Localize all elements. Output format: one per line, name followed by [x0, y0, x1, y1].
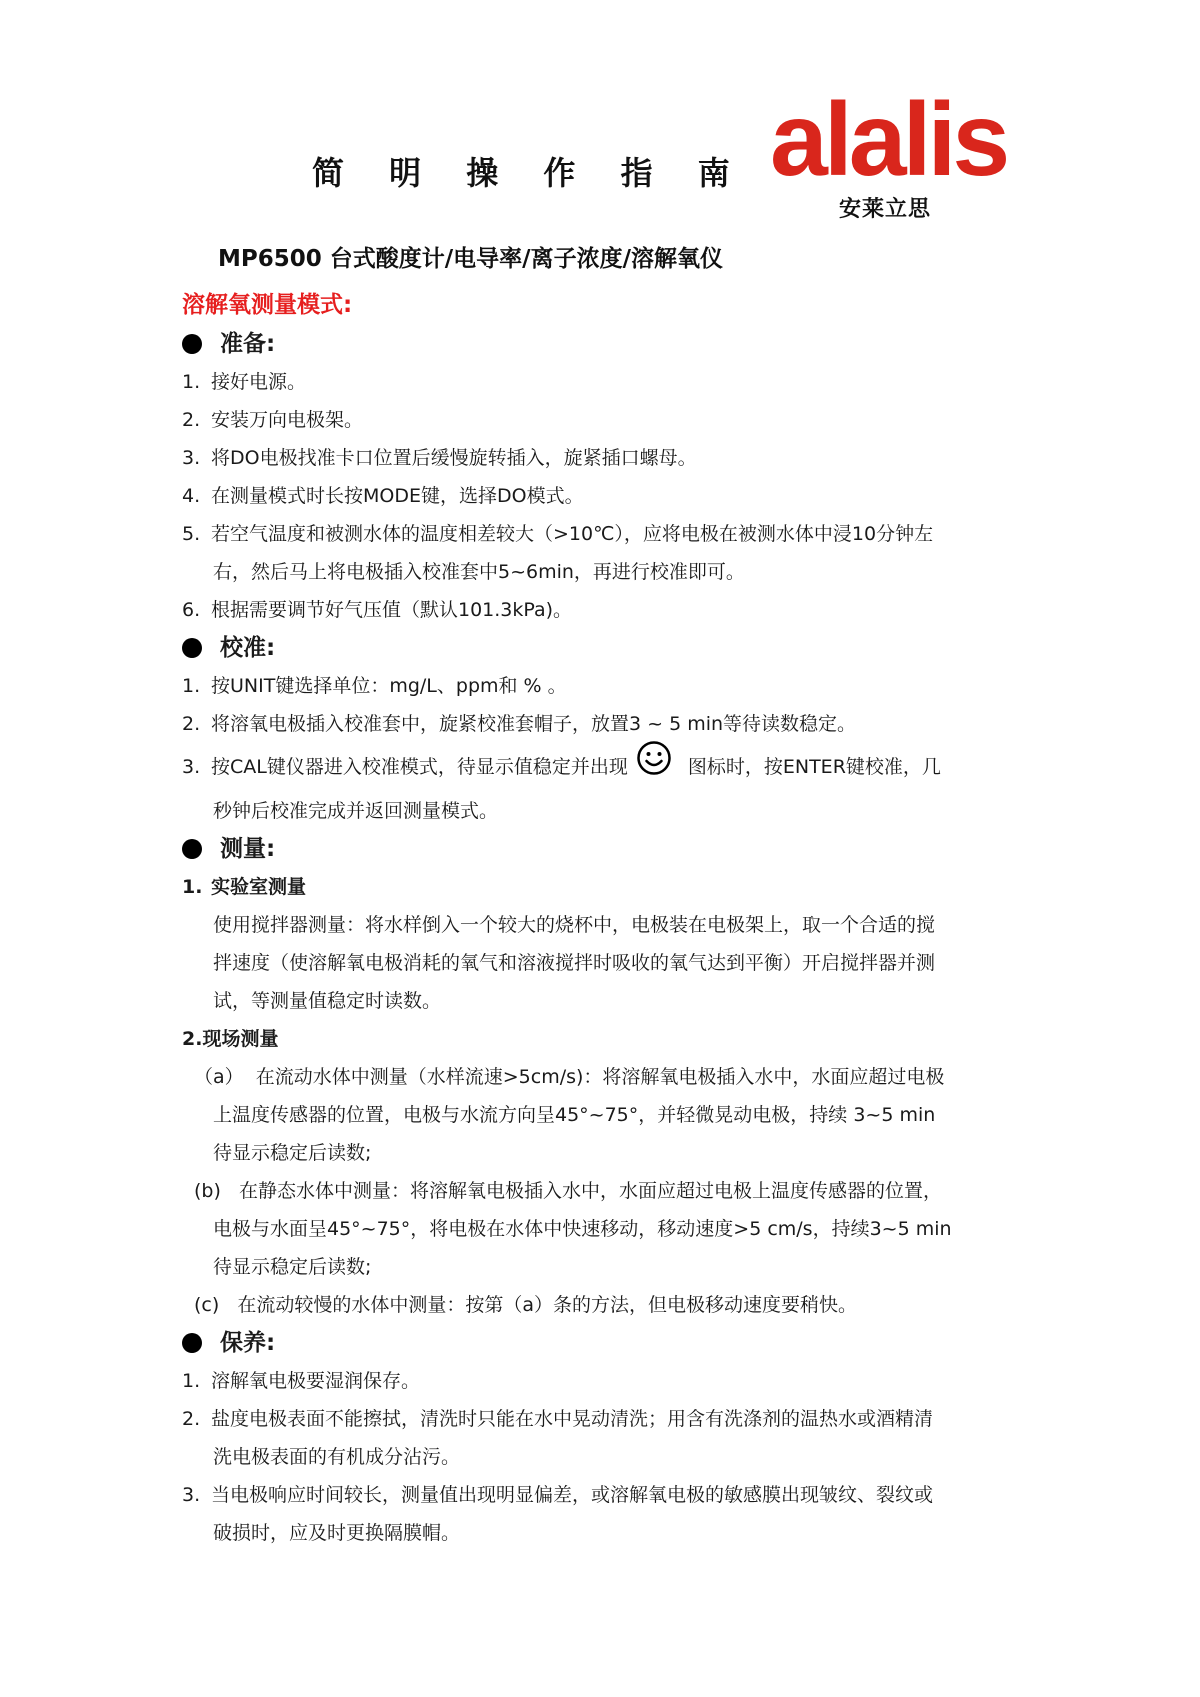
item-number: 5. [182, 515, 211, 553]
subsection-title-lab: 1.实验室测量 [182, 868, 1022, 906]
bullet-icon [182, 334, 202, 354]
list-item: (c) 在流动较慢的水体中测量：按第（a）条的方法，但电极移动速度要稍快。 [182, 1286, 1022, 1324]
paragraph-line: 使用搅拌器测量：将水样倒入一个较大的烧杯中，电极装在电极架上，取一个合适的搅 [182, 906, 1022, 944]
page-title: 简 明 操 作 指 南 [312, 148, 747, 194]
subsection-title: 实验室测量 [211, 876, 306, 898]
mode-title: 溶解氧测量模式: [182, 285, 1022, 325]
item-number: 2. [182, 705, 211, 743]
item-text: 按UNIT键选择单位：mg/L、ppm和 % 。 [211, 675, 567, 697]
section-heading-measurement: 测量: [182, 830, 1022, 868]
list-item-continuation: 待显示稳定后读数; [182, 1134, 1022, 1172]
list-item: 3.按CAL键仪器进入校准模式，待显示值稳定并出现图标时，按ENTER键校准，几 [182, 743, 1022, 792]
item-text: 当电极响应时间较长，测量值出现明显偏差，或溶解氧电极的敏感膜出现皱纹、裂纹或 [211, 1484, 933, 1506]
list-item: 3.当电极响应时间较长，测量值出现明显偏差，或溶解氧电极的敏感膜出现皱纹、裂纹或 [182, 1476, 1022, 1514]
paragraph-line: 试，等测量值稳定时读数。 [182, 982, 1022, 1020]
item-text: 按CAL键仪器进入校准模式，待显示值稳定并出现 [211, 756, 628, 778]
list-item-continuation: 上温度传感器的位置，电极与水流方向呈45°~75°，并轻微晃动电极，持续 3~5… [182, 1096, 1022, 1134]
item-text: 在测量模式时长按MODE键，选择DO模式。 [211, 485, 584, 507]
section-heading-label: 校准: [220, 629, 275, 667]
bullet-icon [182, 1333, 202, 1353]
item-text: 将溶氧电极插入校准套中，旋紧校准套帽子，放置3 ~ 5 min等待读数稳定。 [211, 713, 856, 735]
section-heading-label: 准备: [220, 325, 275, 363]
bullet-icon [182, 638, 202, 658]
list-item-continuation: 洗电极表面的有机成分沾污。 [182, 1438, 1022, 1476]
item-text: 安装万向电极架。 [211, 409, 363, 431]
paragraph-line: 拌速度（使溶解氧电极消耗的氧气和溶液搅拌时吸收的氧气达到平衡）开启搅拌器并测 [182, 944, 1022, 982]
item-text: 溶解氧电极要湿润保存。 [211, 1370, 420, 1392]
list-item: 1.溶解氧电极要湿润保存。 [182, 1362, 1022, 1400]
document-body: 溶解氧测量模式: 准备: 1.接好电源。 2.安装万向电极架。 3.将DO电极找… [182, 285, 1022, 1552]
item-number: 2. [182, 401, 211, 439]
list-item-continuation: 电极与水面呈45°~75°，将电极在水体中快速移动，移动速度>5 cm/s，持续… [182, 1210, 1022, 1248]
list-item-continuation: 秒钟后校准完成并返回测量模式。 [182, 792, 1022, 830]
list-item-continuation: 待显示稳定后读数; [182, 1248, 1022, 1286]
list-item: (b) 在静态水体中测量：将溶解氧电极插入水中，水面应超过电极上温度传感器的位置… [182, 1172, 1022, 1210]
item-text: 在流动较慢的水体中测量：按第（a）条的方法，但电极移动速度要稍快。 [237, 1294, 857, 1316]
bullet-icon [182, 839, 202, 859]
brand-logo: alalis 安莱立思 [770, 92, 1000, 223]
item-text: 在静态水体中测量：将溶解氧电极插入水中，水面应超过电极上温度传感器的位置， [239, 1180, 942, 1202]
item-label: (b) [194, 1180, 221, 1202]
item-text: 将DO电极找准卡口位置后缓慢旋转插入，旋紧插口螺母。 [211, 447, 697, 469]
list-item: 1.按UNIT键选择单位：mg/L、ppm和 % 。 [182, 667, 1022, 705]
list-item: 2.安装万向电极架。 [182, 401, 1022, 439]
item-number: 3. [182, 748, 211, 786]
item-label: (c) [194, 1294, 219, 1316]
list-item-continuation: 破损时，应及时更换隔膜帽。 [182, 1514, 1022, 1552]
section-heading-label: 保养: [220, 1324, 275, 1362]
section-heading-label: 测量: [220, 830, 275, 868]
list-item: 1.接好电源。 [182, 363, 1022, 401]
list-item: （a） 在流动水体中测量（水样流速>5cm/s)：将溶解氧电极插入水中，水面应超… [182, 1058, 1022, 1096]
smiley-icon [636, 740, 672, 789]
item-number: 6. [182, 591, 211, 629]
item-number: 1. [182, 1362, 211, 1400]
section-heading-calibration: 校准: [182, 629, 1022, 667]
item-text: 根据需要调节好气压值（默认101.3kPa)。 [211, 599, 572, 621]
item-number: 1. [182, 363, 211, 401]
item-text: 盐度电极表面不能擦拭，清洗时只能在水中晃动清洗；用含有洗涤剂的温热水或酒精清 [211, 1408, 933, 1430]
section-heading-prep: 准备: [182, 325, 1022, 363]
subsection-title-field: 2.现场测量 [182, 1020, 1022, 1058]
list-item: 2.盐度电极表面不能擦拭，清洗时只能在水中晃动清洗；用含有洗涤剂的温热水或酒精清 [182, 1400, 1022, 1438]
item-number: 1. [182, 667, 211, 705]
logo-wordmark: alalis [770, 92, 1000, 188]
list-item-continuation: 右，然后马上将电极插入校准套中5~6min，再进行校准即可。 [182, 553, 1022, 591]
section-heading-maintenance: 保养: [182, 1324, 1022, 1362]
item-text: 在流动水体中测量（水样流速>5cm/s)：将溶解氧电极插入水中，水面应超过电极 [256, 1066, 945, 1088]
item-number: 4. [182, 477, 211, 515]
list-item: 6.根据需要调节好气压值（默认101.3kPa)。 [182, 591, 1022, 629]
list-item: 4.在测量模式时长按MODE键，选择DO模式。 [182, 477, 1022, 515]
item-text: 若空气温度和被测水体的温度相差较大（>10℃），应将电极在被测水体中浸10分钟左 [211, 523, 933, 545]
item-number: 2. [182, 1400, 211, 1438]
item-number: 3. [182, 1476, 211, 1514]
list-item: 3.将DO电极找准卡口位置后缓慢旋转插入，旋紧插口螺母。 [182, 439, 1022, 477]
product-model-line: MP6500 台式酸度计/电导率/离子浓度/溶解氧仪 [218, 240, 723, 273]
item-text: 接好电源。 [211, 371, 306, 393]
item-text: 图标时，按ENTER键校准，几 [688, 756, 941, 778]
item-number: 3. [182, 439, 211, 477]
list-item: 5.若空气温度和被测水体的温度相差较大（>10℃），应将电极在被测水体中浸10分… [182, 515, 1022, 553]
item-label: （a） [194, 1066, 244, 1088]
list-item: 2.将溶氧电极插入校准套中，旋紧校准套帽子，放置3 ~ 5 min等待读数稳定。 [182, 705, 1022, 743]
item-number: 1. [182, 868, 211, 906]
